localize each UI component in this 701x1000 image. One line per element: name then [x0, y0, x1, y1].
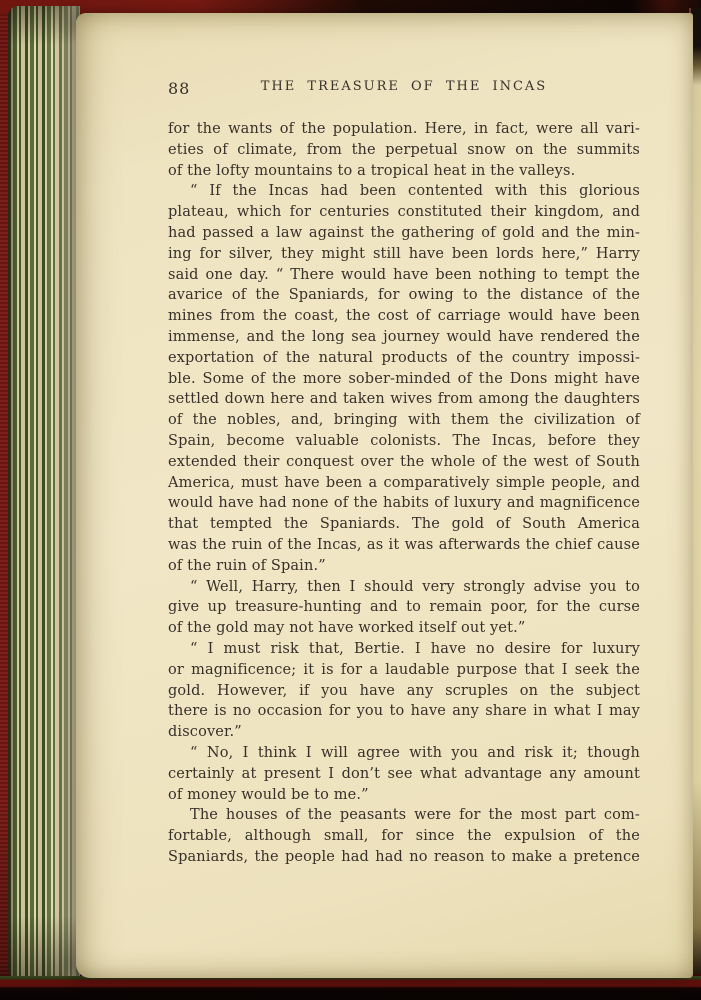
text-line: Spain, become valuable colonists. The In…	[168, 431, 640, 452]
text-line: gold. However, if you have any scruples …	[168, 681, 640, 702]
text-block: for the wants of the population. Here, i…	[168, 119, 640, 868]
text-line: “ If the Incas had been contented with t…	[168, 181, 640, 202]
text-line: avarice of the Spaniards, for owing to t…	[168, 285, 640, 306]
page-header: 88 THE TREASURE OF THE INCAS	[168, 79, 640, 99]
text-line: America, must have been a comparatively …	[168, 473, 640, 494]
text-line: mines from the coast, the cost of carria…	[168, 306, 640, 327]
book-photo: 88 THE TREASURE OF THE INCAS for the wan…	[0, 0, 701, 1000]
text-line: for the wants of the population. Here, i…	[168, 119, 640, 140]
cover-bottom-shadow	[0, 976, 701, 1000]
text-line: of the lofty mountains to a tropical hea…	[168, 161, 640, 182]
text-line: give up treasure-hunting and to remain p…	[168, 597, 640, 618]
text-line: ble. Some of the more sober-minded of th…	[168, 369, 640, 390]
text-line: was the ruin of the Incas, as it was aft…	[168, 535, 640, 556]
text-line: eties of climate, from the perpetual sno…	[168, 140, 640, 161]
text-line: of the gold may not have worked itself o…	[168, 618, 640, 639]
text-line: plateau, which for centuries constituted…	[168, 202, 640, 223]
text-line: there is no occasion for you to have any…	[168, 701, 640, 722]
text-line: fortable, although small, for since the …	[168, 826, 640, 847]
text-line: of the nobles, and, bringing with them t…	[168, 410, 640, 431]
running-title: THE TREASURE OF THE INCAS	[168, 79, 640, 94]
text-line: Spaniards, the people had had no reason …	[168, 847, 640, 868]
text-line: “ No, I think I will agree with you and …	[168, 743, 640, 764]
text-line: immense, and the long sea journey would …	[168, 327, 640, 348]
text-line: settled down here and taken wives from a…	[168, 389, 640, 410]
text-line: said one day. “ There would have been no…	[168, 265, 640, 286]
text-line: ing for silver, they might still have be…	[168, 244, 640, 265]
text-line: exportation of the natural products of t…	[168, 348, 640, 369]
text-line: certainly at present I don’t see what ad…	[168, 764, 640, 785]
text-line: that tempted the Spaniards. The gold of …	[168, 514, 640, 535]
book-page: 88 THE TREASURE OF THE INCAS for the wan…	[76, 13, 693, 978]
text-line: extended their conquest over the whole o…	[168, 452, 640, 473]
cover-top-shadow	[0, 0, 701, 14]
text-line: would have had none of the habits of lux…	[168, 493, 640, 514]
text-line: of the ruin of Spain.”	[168, 556, 640, 577]
text-line: or magnificence; it is for a laudable pu…	[168, 660, 640, 681]
page-number: 88	[168, 79, 190, 98]
text-line: The houses of the peasants were for the …	[168, 805, 640, 826]
text-line: had passed a law against the gathering o…	[168, 223, 640, 244]
text-line: “ Well, Harry, then I should very strong…	[168, 577, 640, 598]
text-line: of money would be to me.”	[168, 785, 640, 806]
text-line: “ I must risk that, Bertie. I have no de…	[168, 639, 640, 660]
text-line: discover.”	[168, 722, 640, 743]
page-edges-left	[8, 6, 80, 984]
